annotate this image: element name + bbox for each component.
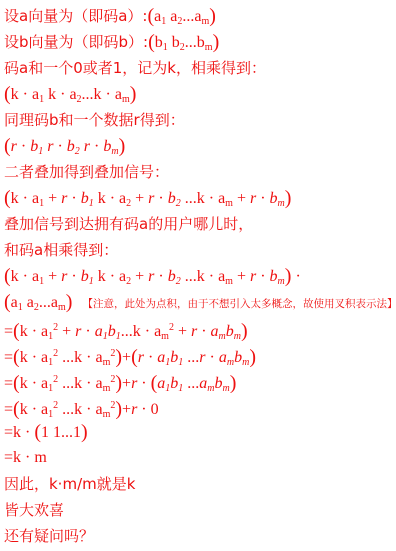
text-segment: (: [13, 398, 20, 419]
text-segment: m: [219, 331, 226, 341]
text-segment: m: [278, 276, 285, 287]
text-segment: ...: [183, 375, 199, 392]
formula-k-times-a: (k · a1 k · a2...k · am): [4, 81, 396, 107]
text-segment: k · a: [20, 375, 48, 392]
text-segment: b: [81, 268, 89, 285]
document-page: 设a向量为（即码a）:(a1 a2...am)设b向量为（即码b）:(b1 b2…: [0, 0, 396, 551]
text-segment: ...k · a: [181, 268, 225, 285]
text-segment: b: [168, 268, 176, 285]
line-multiply-code-a-desc: 码a和一个0或者1，记为k，相乘得到：: [4, 55, 396, 81]
text-segment: +: [131, 268, 148, 285]
text-segment: 1 1...1: [41, 424, 81, 441]
text-segment: m: [58, 302, 66, 313]
text-segment: ...b: [185, 34, 205, 51]
text-segment: m: [225, 198, 233, 209]
text-segment: ...a: [39, 294, 58, 311]
text-segment: b: [215, 375, 223, 392]
text-segment: +: [174, 323, 191, 340]
text-segment: 设a向量为（即码a）:: [4, 7, 147, 25]
text-segment: k · a: [44, 86, 76, 103]
text-segment: k · a: [20, 401, 48, 418]
text-segment: b: [168, 190, 176, 207]
text-segment: a: [95, 323, 103, 340]
text-segment: ·: [17, 138, 30, 155]
text-segment: ·: [144, 349, 157, 366]
text-segment: b: [234, 349, 242, 366]
text-segment: +: [44, 268, 61, 285]
text-segment: k · a: [20, 323, 48, 340]
formula-k-m: =k · m: [4, 445, 396, 471]
line-define-vector-a: 设a向量为（即码a）:(a1 a2...am): [4, 3, 396, 29]
text-segment: ): [285, 187, 292, 209]
text-segment: ): [230, 372, 237, 393]
text-segment: 【注意，此处为点积，由于不想引入太多概念，故使用叉积表示法】: [82, 298, 396, 310]
text-segment: +: [58, 323, 75, 340]
text-segment: ·: [154, 190, 167, 207]
text-segment: (: [13, 372, 20, 393]
text-segment: ·: [291, 268, 300, 285]
text-segment: ·: [256, 190, 269, 207]
text-segment: ): [213, 31, 220, 53]
text-segment: 码a和一个0或者1，记为k，相乘得到：: [4, 59, 266, 77]
text-segment: a: [11, 294, 18, 311]
text-segment: ): [209, 5, 216, 27]
text-segment: ·: [154, 268, 167, 285]
text-segment: ·: [67, 190, 80, 207]
text-segment: =: [4, 349, 13, 366]
text-segment: 皆大欢喜: [4, 501, 64, 519]
line-arrive-user-desc: 叠加信号到达拥有码a的用户哪儿时，: [4, 211, 396, 237]
text-segment: +: [233, 190, 250, 207]
text-segment: k · a: [11, 190, 39, 207]
text-segment: 因此，k·m/m就是k: [4, 475, 135, 493]
text-segment: +: [122, 349, 131, 366]
text-segment: b: [67, 138, 75, 155]
text-segment: (: [4, 187, 11, 209]
text-segment: ): [81, 421, 88, 443]
text-segment: ...k · a: [121, 323, 161, 340]
text-segment: m: [227, 357, 234, 367]
line-multiply-with-code-a-desc: 和码a相乘得到：: [4, 237, 396, 263]
text-segment: ...k · a: [82, 86, 122, 103]
formula-expanded-product: =(k · a12 + r · a1b1...k · am2 + r · amb…: [4, 315, 396, 341]
text-segment: ·: [67, 268, 80, 285]
formula-r-zero: =(k · a12 ...k · am2)+r · 0: [4, 393, 396, 419]
text-segment: =k · m: [4, 449, 47, 466]
text-segment: +: [122, 401, 131, 418]
text-segment: m: [225, 276, 233, 287]
text-segment: m: [205, 42, 213, 53]
text-segment: ...k · a: [58, 375, 102, 392]
text-segment: ): [119, 135, 126, 157]
text-segment: +: [233, 268, 250, 285]
text-segment: k · a: [94, 190, 126, 207]
text-segment: k · a: [94, 268, 126, 285]
formula-superposed-signal: (k · a1 + r · b1 k · a2 + r · b2 ...k · …: [4, 185, 396, 211]
text-segment: ...: [183, 349, 199, 366]
text-segment: (: [4, 291, 11, 313]
text-segment: b: [168, 34, 180, 51]
text-segment: ·: [206, 349, 219, 366]
text-segment: ·: [81, 323, 94, 340]
text-segment: +: [131, 190, 148, 207]
text-segment: ): [249, 346, 256, 367]
text-segment: k · a: [11, 86, 39, 103]
formula-vector-a-with-note: (a1 a2...am)【注意，此处为点积，由于不想引入太多概念，故使用叉积表示…: [4, 289, 396, 315]
text-segment: · 0: [137, 401, 158, 418]
text-segment: ): [66, 291, 73, 313]
text-segment: k · a: [20, 349, 48, 366]
text-segment: ·: [197, 323, 210, 340]
text-segment: ·: [137, 375, 150, 392]
document-lines: 设a向量为（即码a）:(a1 a2...am)设b向量为（即码b）:(b1 b2…: [4, 3, 396, 549]
text-segment: 设b向量为（即码b）:: [4, 33, 148, 51]
line-conclusion: 因此，k·m/m就是k: [4, 471, 396, 497]
line-define-vector-b: 设b向量为（即码b）:(b1 b2...bm): [4, 29, 396, 55]
formula-k-ones: =k · (1 1...1): [4, 419, 396, 445]
text-segment: b: [270, 190, 278, 207]
formula-grouped-terms: =(k · a12 ...k · am2)+(r · a1b1 ...r · a…: [4, 341, 396, 367]
text-segment: 叠加信号到达拥有码a的用户哪儿时，: [4, 215, 253, 233]
line-code-b-with-r-desc: 同理码b和一个数据r得到：: [4, 107, 396, 133]
text-segment: m: [122, 94, 130, 105]
text-segment: (: [4, 83, 11, 105]
text-segment: 同理码b和一个数据r得到：: [4, 111, 185, 129]
text-segment: b: [81, 190, 89, 207]
formula-r-times-b: (r · b1 r · b2 r · bm): [4, 133, 396, 159]
text-segment: (: [13, 346, 20, 367]
text-segment: m: [161, 331, 169, 341]
text-segment: m: [207, 383, 214, 393]
text-segment: ): [241, 320, 248, 341]
text-segment: =: [4, 375, 13, 392]
text-segment: =k ·: [4, 424, 34, 441]
text-segment: (: [4, 265, 11, 287]
text-segment: ...k · a: [181, 190, 225, 207]
text-segment: b: [155, 34, 163, 51]
text-segment: b: [270, 268, 278, 285]
text-segment: a: [211, 323, 219, 340]
text-segment: (: [148, 31, 155, 53]
text-segment: ·: [90, 138, 103, 155]
text-segment: ·: [53, 138, 66, 155]
text-segment: 和码a相乘得到：: [4, 241, 118, 259]
text-segment: +: [44, 190, 61, 207]
text-segment: ...a: [182, 8, 201, 25]
text-segment: ...k · a: [58, 349, 102, 366]
text-segment: =: [4, 323, 13, 340]
text-segment: a: [219, 349, 227, 366]
text-segment: a: [23, 294, 34, 311]
line-any-questions: 还有疑问吗？: [4, 523, 396, 549]
text-segment: ·: [256, 268, 269, 285]
text-segment: +: [122, 375, 131, 392]
text-segment: (: [4, 135, 11, 157]
text-segment: m: [278, 198, 285, 209]
text-segment: m: [223, 383, 230, 393]
text-segment: ...k · a: [58, 401, 102, 418]
formula-signal-dot: (k · a1 + r · b1 k · a2 + r · b2 ...k · …: [4, 263, 396, 289]
line-happy-ending: 皆大欢喜: [4, 497, 396, 523]
text-segment: ): [130, 83, 137, 105]
text-segment: =: [4, 401, 13, 418]
formula-factored-r: =(k · a12 ...k · am2)+r · (a1b1 ...ambm): [4, 367, 396, 393]
text-segment: (: [131, 346, 138, 367]
text-segment: k · a: [11, 268, 39, 285]
text-segment: (: [13, 320, 20, 341]
text-segment: 二者叠加得到叠加信号：: [4, 163, 169, 181]
text-segment: 还有疑问吗？: [4, 527, 94, 545]
text-segment: m: [111, 146, 118, 157]
text-segment: b: [108, 323, 116, 340]
text-segment: b: [226, 323, 234, 340]
text-segment: a: [166, 8, 177, 25]
line-superposition-desc: 二者叠加得到叠加信号：: [4, 159, 396, 185]
text-segment: m: [234, 331, 241, 341]
